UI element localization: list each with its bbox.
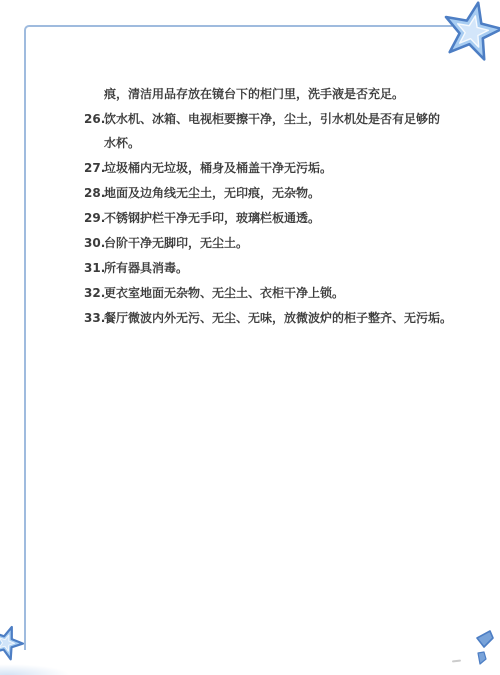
star-bottom-left-icon	[0, 620, 30, 666]
item-text: 台阶干净无脚印，无尘土。	[104, 236, 248, 250]
checklist-item: 29.不锈钢护栏干净无手印，玻璃栏板通透。	[84, 206, 484, 230]
star-bottom-right-fragment-icon	[474, 628, 500, 666]
document-page: 痕，清洁用品存放在镜台下的柜门里，洗手液是否充足。 26.饮水机、冰箱、电视柜要…	[0, 0, 500, 675]
checklist-item: 32.更衣室地面无杂物、无尘土、衣柜干净上锁。	[84, 281, 484, 305]
item-number: 32.	[84, 281, 104, 305]
checklist-item: 30.台阶干净无脚印，无尘土。	[84, 231, 484, 255]
checklist-item: 33.餐厅微波内外无污、无尘、无味，放微波炉的柜子整齐、无污垢。	[84, 306, 484, 330]
bottom-left-tint	[0, 664, 70, 675]
checklist-item: 28.地面及边角线无尘土，无印痕，无杂物。	[84, 181, 484, 205]
item-text: 不锈钢护栏干净无手印，玻璃栏板通透。	[104, 211, 320, 225]
item-text: 垃圾桶内无垃圾，桶身及桶盖干净无污垢。	[104, 161, 332, 175]
item-text: 所有器具消毒。	[104, 261, 188, 275]
item-number: 28.	[84, 181, 104, 205]
checklist-item: 26.饮水机、冰箱、电视柜要擦干净，尘土，引水机处是否有足够的 水杯。	[84, 107, 484, 155]
page-smudge-mark	[452, 660, 461, 663]
item-number: 27.	[84, 156, 104, 180]
item-text: 更衣室地面无杂物、无尘土、衣柜干净上锁。	[104, 286, 344, 300]
item-number: 29.	[84, 206, 104, 230]
item-number: 31.	[84, 256, 104, 280]
item-number: 33.	[84, 306, 104, 330]
item-number: 26.	[84, 107, 104, 131]
checklist-item: 27.垃圾桶内无垃圾，桶身及桶盖干净无污垢。	[84, 156, 484, 180]
continuation-text: 痕，清洁用品存放在镜台下的柜门里，洗手液是否充足。	[104, 82, 484, 106]
star-top-right-icon	[434, 0, 500, 72]
item-number: 30.	[84, 231, 104, 255]
checklist: 痕，清洁用品存放在镜台下的柜门里，洗手液是否充足。 26.饮水机、冰箱、电视柜要…	[84, 82, 484, 331]
item-text: 餐厅微波内外无污、无尘、无味，放微波炉的柜子整齐、无污垢。	[104, 311, 452, 325]
item-text: 饮水机、冰箱、电视柜要擦干净，尘土，引水机处是否有足够的 水杯。	[104, 112, 440, 150]
item-text: 地面及边角线无尘土，无印痕，无杂物。	[104, 186, 320, 200]
checklist-item: 31.所有器具消毒。	[84, 256, 484, 280]
